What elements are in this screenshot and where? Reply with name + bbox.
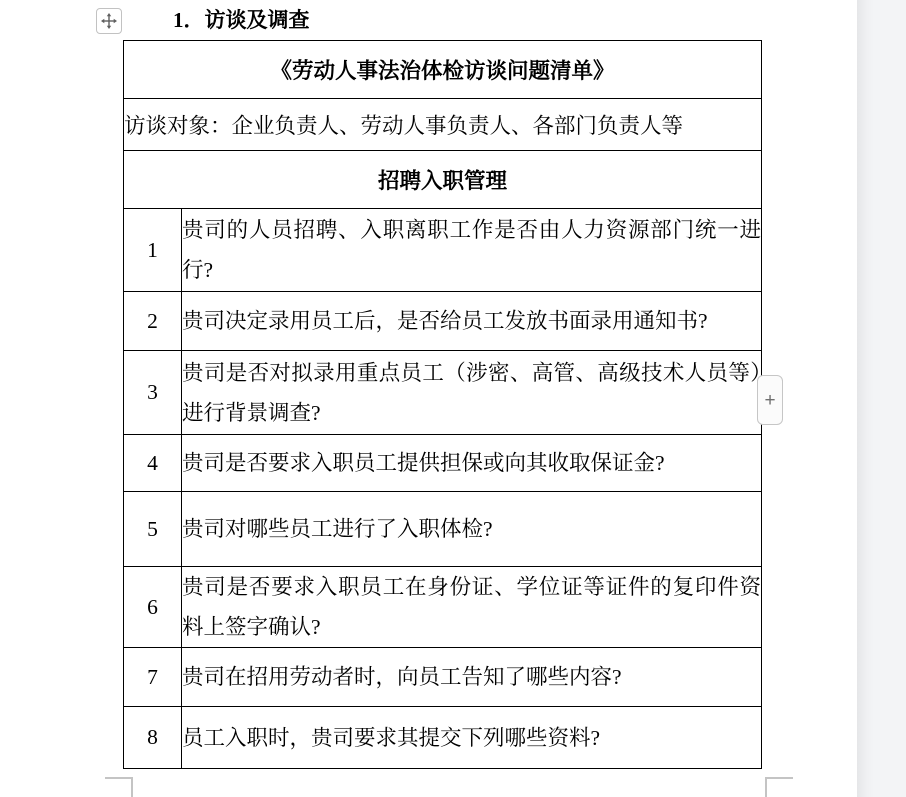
question-text: 贵司对哪些员工进行了入职体检? (182, 492, 762, 567)
section-heading: 1．访谈及调查 (173, 6, 310, 34)
question-row: 3 贵司是否对拟录用重点员工（涉密、高管、高级技术人员等）进行背景调查? (124, 351, 762, 435)
question-row: 1 贵司的人员招聘、入职离职工作是否由人力资源部门统一进行? (124, 209, 762, 292)
question-number: 8 (124, 707, 182, 769)
question-row: 4 贵司是否要求入职员工提供担保或向其收取保证金? (124, 435, 762, 492)
move-icon (101, 13, 117, 29)
insert-row-button[interactable]: + (757, 375, 783, 425)
section-header-row: 招聘入职管理 (124, 151, 762, 209)
question-number: 1 (124, 209, 182, 292)
question-text: 贵司在招用劳动者时，向员工告知了哪些内容? (182, 648, 762, 707)
document-page: 1．访谈及调查 《劳动人事法治体检访谈问题清单》 访谈对象：企业负责人、劳动人事… (0, 0, 857, 797)
question-number: 7 (124, 648, 182, 707)
interview-subject-text: 访谈对象：企业负责人、劳动人事负责人、各部门负责人等 (124, 99, 762, 151)
question-number: 6 (124, 567, 182, 648)
page-edge-shadow (857, 0, 874, 797)
question-row: 5 贵司对哪些员工进行了入职体检? (124, 492, 762, 567)
question-number: 5 (124, 492, 182, 567)
page-margin-mark-right (765, 777, 793, 797)
question-row: 6 贵司是否要求入职员工在身份证、学位证等证件的复印件资料上签字确认? (124, 567, 762, 648)
question-row: 8 员工入职时，贵司要求其提交下列哪些资料? (124, 707, 762, 769)
question-text: 员工入职时，贵司要求其提交下列哪些资料? (182, 707, 762, 769)
question-row: 7 贵司在招用劳动者时，向员工告知了哪些内容? (124, 648, 762, 707)
interview-subject-row: 访谈对象：企业负责人、劳动人事负责人、各部门负责人等 (124, 99, 762, 151)
question-text: 贵司是否要求入职员工提供担保或向其收取保证金? (182, 435, 762, 492)
app-canvas: 1．访谈及调查 《劳动人事法治体检访谈问题清单》 访谈对象：企业负责人、劳动人事… (0, 0, 906, 797)
question-text: 贵司决定录用员工后，是否给员工发放书面录用通知书? (182, 292, 762, 351)
question-number: 2 (124, 292, 182, 351)
question-text: 贵司是否要求入职员工在身份证、学位证等证件的复印件资料上签字确认? (182, 567, 762, 648)
page-margin-mark-left (105, 777, 133, 797)
question-row: 2 贵司决定录用员工后，是否给员工发放书面录用通知书? (124, 292, 762, 351)
table-title: 《劳动人事法治体检访谈问题清单》 (124, 41, 762, 99)
question-text: 贵司是否对拟录用重点员工（涉密、高管、高级技术人员等）进行背景调查? (182, 351, 762, 435)
table-title-row: 《劳动人事法治体检访谈问题清单》 (124, 41, 762, 99)
question-number: 4 (124, 435, 182, 492)
table-move-handle[interactable] (96, 8, 122, 34)
section-header-text: 招聘入职管理 (124, 151, 762, 209)
question-text: 贵司的人员招聘、入职离职工作是否由人力资源部门统一进行? (182, 209, 762, 292)
question-number: 3 (124, 351, 182, 435)
interview-question-table[interactable]: 《劳动人事法治体检访谈问题清单》 访谈对象：企业负责人、劳动人事负责人、各部门负… (123, 40, 762, 769)
